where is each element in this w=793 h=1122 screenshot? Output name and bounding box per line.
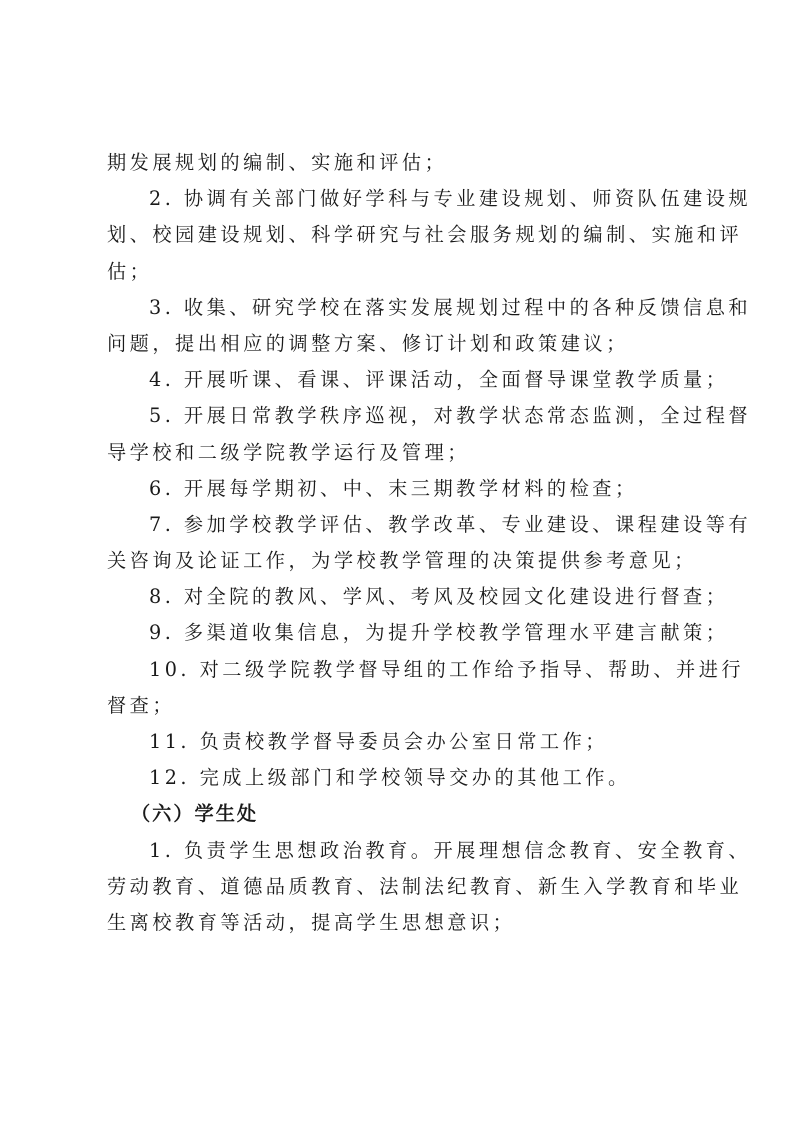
list-item-10-line: 10. 对二级学院教学督导组的工作给予指导、帮助、并进行 [107,652,693,688]
list-item-12-line: 12. 完成上级部门和学校领导交办的其他工作。 [107,760,693,796]
list-item-5-line: 5. 开展日常教学秩序巡视，对教学状态常态监测，全过程督 [107,398,693,434]
list-item-7-line: 关咨询及论证工作，为学校教学管理的决策提供参考意见； [107,543,693,579]
list-item-2-line: 2. 协调有关部门做好学科与专业建设规划、师资队伍建设规 [107,181,693,217]
list-item-2-line: 划、校园建设规划、科学研究与社会服务规划的编制、实施和评 [107,217,693,253]
list-item-5-line: 导学校和二级学院教学运行及管理； [107,435,693,471]
list-item-3-line: 问题，提出相应的调整方案、修订计划和政策建议； [107,326,693,362]
list-item-7-line: 7. 参加学校教学评估、教学改革、专业建设、课程建设等有 [107,507,693,543]
list-item-4-line: 4. 开展听课、看课、评课活动，全面督导课堂教学质量； [107,362,693,398]
list-item-2-line: 估； [107,254,693,290]
list-item-1-line: 1. 负责学生思想政治教育。开展理想信念教育、安全教育、 [107,833,693,869]
list-item-9-line: 9. 多渠道收集信息，为提升学校教学管理水平建言献策； [107,615,693,651]
list-item-10-line: 督查； [107,688,693,724]
paragraph-line: 期发展规划的编制、实施和评估； [107,145,693,181]
document-body: 期发展规划的编制、实施和评估； 2. 协调有关部门做好学科与专业建设规划、师资队… [107,145,693,941]
list-item-3-line: 3. 收集、研究学校在落实发展规划过程中的各种反馈信息和 [107,290,693,326]
list-item-11-line: 11. 负责校教学督导委员会办公室日常工作； [107,724,693,760]
document-page: 期发展规划的编制、实施和评估； 2. 协调有关部门做好学科与专业建设规划、师资队… [0,0,793,1122]
list-item-6-line: 6. 开展每学期初、中、末三期教学材料的检查； [107,471,693,507]
list-item-1-line: 劳动教育、道德品质教育、法制法纪教育、新生入学教育和毕业 [107,869,693,905]
section-heading: （六）学生处 [107,796,693,832]
list-item-1-line: 生离校教育等活动，提高学生思想意识； [107,905,693,941]
list-item-8-line: 8. 对全院的教风、学风、考风及校园文化建设进行督查； [107,579,693,615]
